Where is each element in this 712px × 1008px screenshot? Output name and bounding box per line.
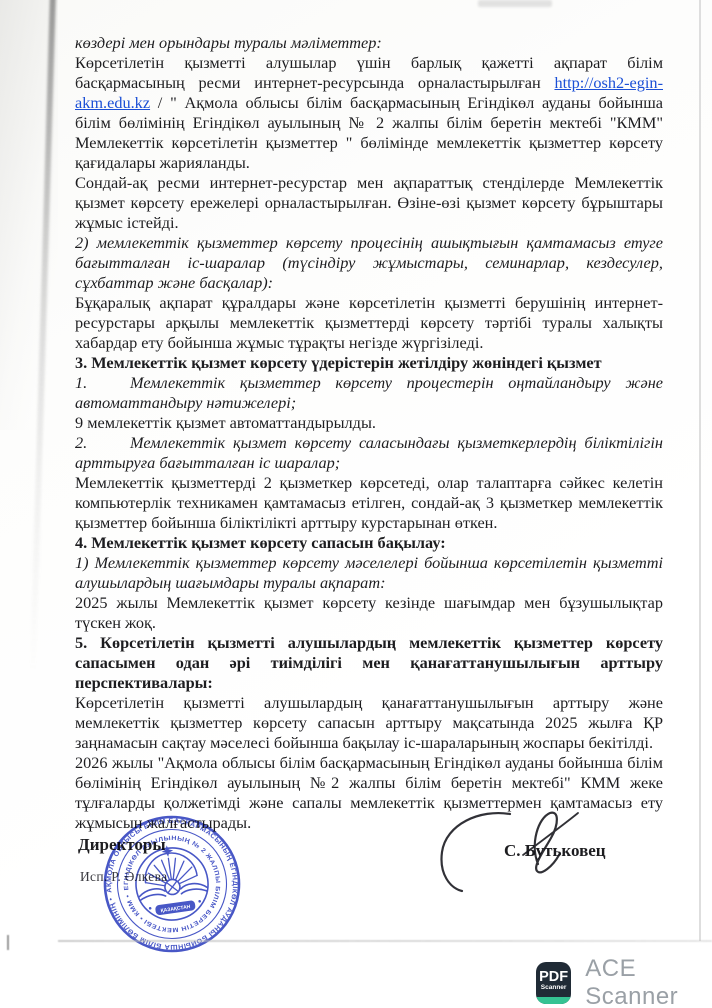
paragraph: Мемлекеттік қызметтерді 2 қызметкер көрс… xyxy=(75,473,663,533)
paragraph: көздері мен орындары туралы мәліметтер: xyxy=(75,33,663,53)
paragraph: 2025 жылы Мемлекеттік қызмет көрсету кез… xyxy=(75,593,663,633)
text-run: Көрсетілетін қызметті алушылардың қанаға… xyxy=(75,693,663,752)
scanner-app-name: ACE Scanner xyxy=(585,955,712,1008)
text-run: 2) мемлекеттік қызметтер көрсету процесі… xyxy=(75,233,663,292)
paragraph: Бұқаралық ақпарат құралдары және көрсеті… xyxy=(75,293,663,353)
text-run: көздері мен орындары туралы мәліметтер: xyxy=(75,33,382,52)
document-body: көздері мен орындары туралы мәліметтер:К… xyxy=(75,33,663,833)
paragraph: 1) Мемлекеттік қызметтер көрсету мәселел… xyxy=(75,553,663,593)
text-run: 2025 жылы Мемлекеттік қызмет көрсету кез… xyxy=(75,593,663,632)
scan-top-artifact xyxy=(478,0,552,7)
text-run: 4. Мемлекеттік қызмет көрсету сапасын ба… xyxy=(75,533,446,552)
text-run: Мемлекеттік қызметтерді 2 қызметкер көрс… xyxy=(75,473,663,532)
pdf-scanner-icon: PDF Scanner xyxy=(536,962,571,1004)
paragraph: 2.Мемлекеттік қызмет көрсету саласындағы… xyxy=(75,433,663,473)
paragraph: 1.Мемлекеттік қызметтер көрсету процесте… xyxy=(75,373,663,413)
list-number: 1. xyxy=(75,373,130,393)
text-run: 1) Мемлекеттік қызметтер көрсету мәселел… xyxy=(75,553,663,592)
text-run: 3. Мемлекеттік қызмет көрсету үдерістері… xyxy=(75,353,602,372)
page-bottom-edge xyxy=(58,940,712,942)
list-number: 2. xyxy=(75,433,130,453)
text-run: 5. Көрсетілетін қызметті алушылардың мем… xyxy=(75,633,663,692)
text-run: / " Ақмола облысы білім басқармасының Ег… xyxy=(75,93,663,172)
paragraph: Сондай-ақ ресми интернет-ресурстар мен а… xyxy=(75,173,663,233)
text-run: Мемлекеттік қызмет көрсету саласындағы қ… xyxy=(75,433,663,472)
scan-right-edge-line xyxy=(699,0,701,941)
text-run: Бұқаралық ақпарат құралдары және көрсеті… xyxy=(75,293,663,352)
text-run: Сондай-ақ ресми интернет-ресурстар мен а… xyxy=(75,173,663,232)
scanned-page: көздері мен орындары туралы мәліметтер:К… xyxy=(0,0,712,941)
section-heading: 5. Көрсетілетін қызметті алушылардың мем… xyxy=(75,633,663,693)
section-heading: 4. Мемлекеттік қызмет көрсету сапасын ба… xyxy=(75,533,663,553)
section-heading: 3. Мемлекеттік қызмет көрсету үдерістері… xyxy=(75,353,663,373)
pdf-icon-sublabel: Scanner xyxy=(541,984,567,992)
paragraph: 2) мемлекеттік қызметтер көрсету процесі… xyxy=(75,233,663,293)
scan-edge-mark xyxy=(7,935,9,950)
paragraph: Көрсетілетін қызметті алушылардың қанаға… xyxy=(75,693,663,753)
pdf-icon-label: PDF xyxy=(539,970,568,984)
text-run: Мемлекеттік қызметтер көрсету процестері… xyxy=(75,373,663,412)
paragraph: Көрсетілетін қызметті алушылар үшін барл… xyxy=(75,53,663,173)
pdf-icon-accent-strip xyxy=(536,997,571,1004)
signature-mark xyxy=(420,800,600,905)
scanner-watermark: PDF Scanner ACE Scanner xyxy=(536,961,712,1005)
paragraph: 9 мемлекеттік қызмет автоматтандырылды. xyxy=(75,413,663,433)
text-run: 9 мемлекеттік қызмет автоматтандырылды. xyxy=(75,413,376,432)
